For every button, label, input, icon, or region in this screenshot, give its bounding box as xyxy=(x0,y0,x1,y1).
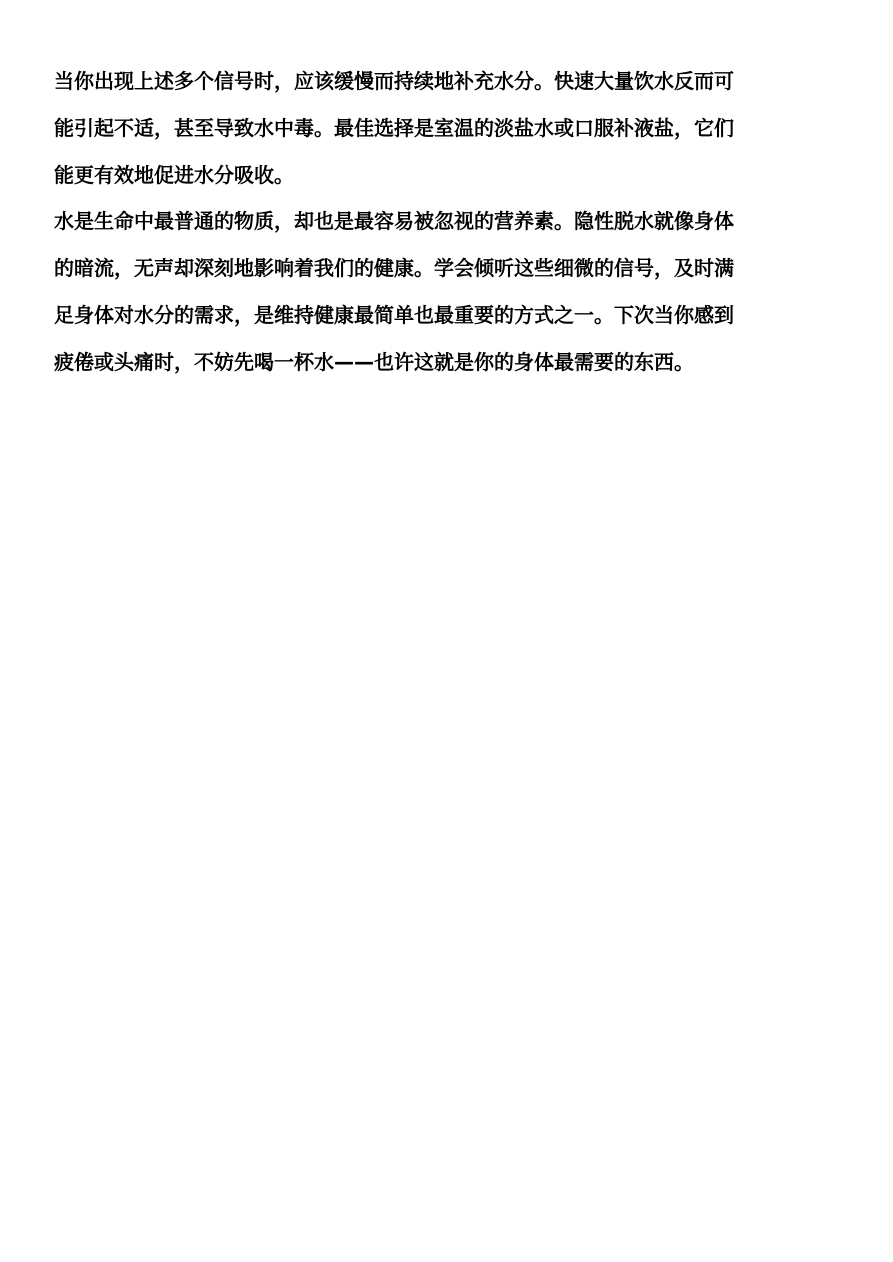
text-line: 足身体对水分的需求，是维持健康最简单也最重要的方式之一。下次当你感到 xyxy=(54,292,782,339)
text-line: 能更有效地促进水分吸收。 xyxy=(54,152,782,199)
text-line: 的暗流，无声却深刻地影响着我们的健康。学会倾听这些细微的信号，及时满 xyxy=(54,245,782,292)
paragraph-conclusion: 水是生命中最普通的物质，却也是最容易被忽视的营养素。隐性脱水就像身体 的暗流，无… xyxy=(54,198,782,386)
document-page: 当你出现上述多个信号时，应该缓慢而持续地补充水分。快速大量饮水反而可 能引起不适… xyxy=(54,58,782,386)
text-line: 能引起不适，甚至导致水中毒。最佳选择是室温的淡盐水或口服补液盐，它们 xyxy=(54,105,782,152)
paragraph-rehydration-advice: 当你出现上述多个信号时，应该缓慢而持续地补充水分。快速大量饮水反而可 能引起不适… xyxy=(54,58,782,199)
text-line: 水是生命中最普通的物质，却也是最容易被忽视的营养素。隐性脱水就像身体 xyxy=(54,198,782,245)
text-line: 当你出现上述多个信号时，应该缓慢而持续地补充水分。快速大量饮水反而可 xyxy=(54,58,782,105)
text-line: 疲倦或头痛时，不妨先喝一杯水——也许这就是你的身体最需要的东西。 xyxy=(54,339,782,386)
